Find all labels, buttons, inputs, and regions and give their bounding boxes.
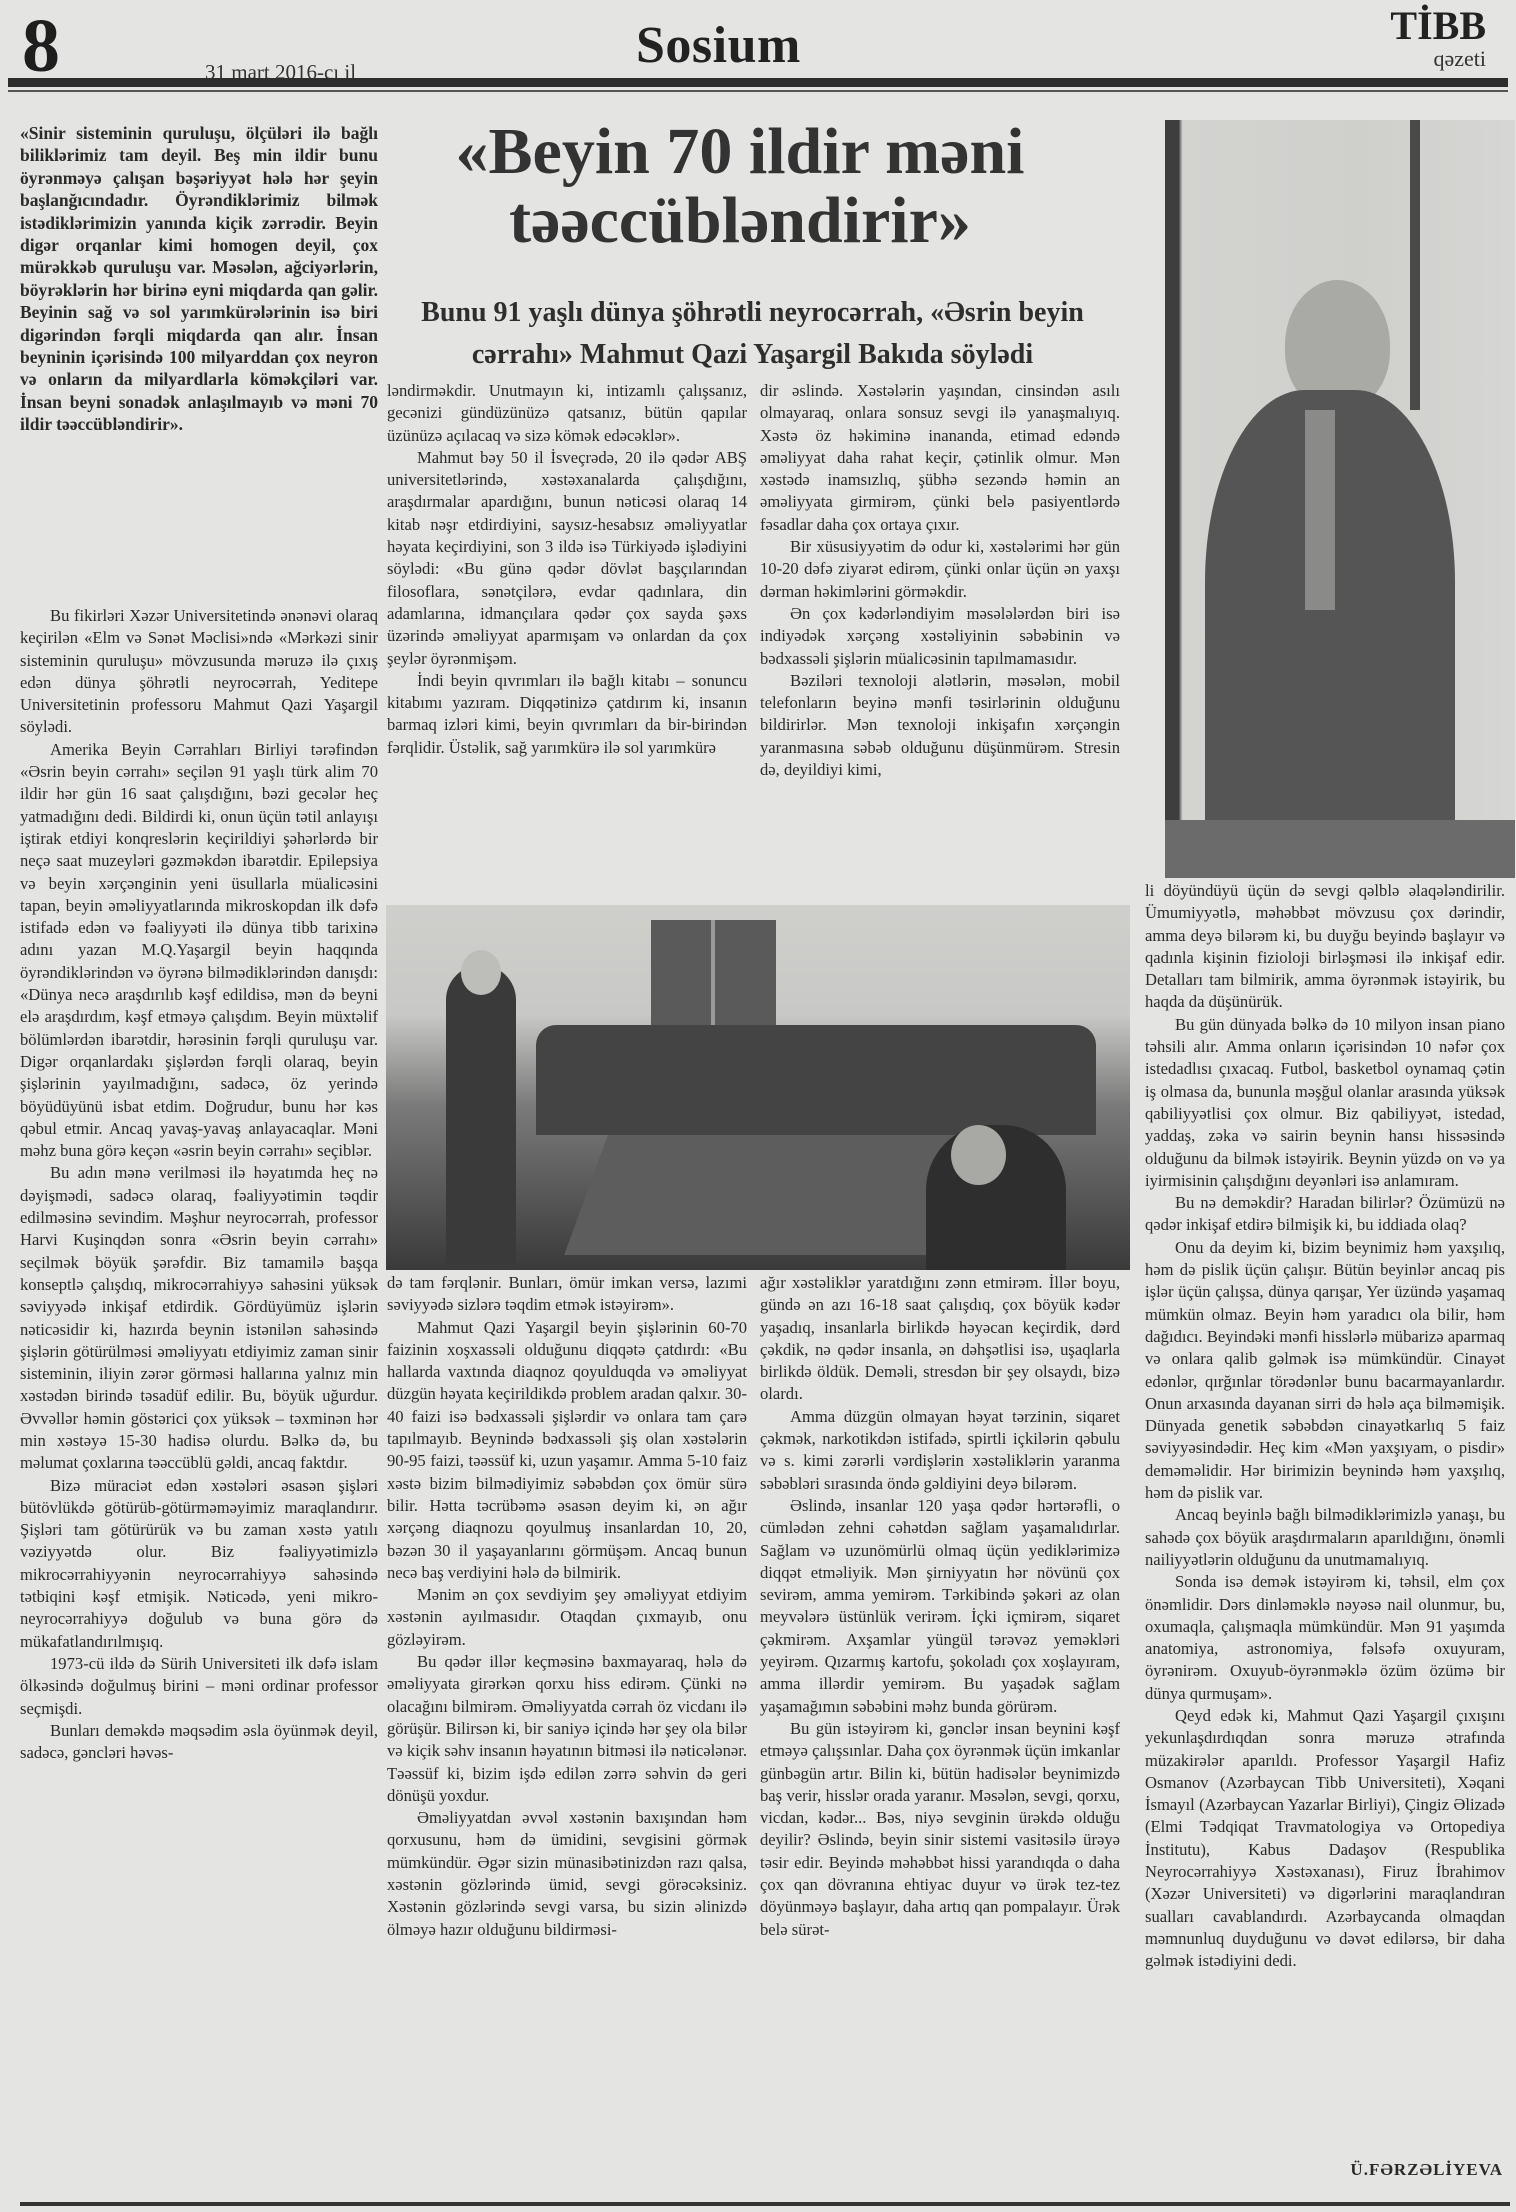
- paragraph: Bu fikirləri Xəzər Universitetində ənənə…: [20, 605, 378, 739]
- conference-audience-photo: [386, 905, 1130, 1270]
- paragraph: Bu nə deməkdir? Haradan bilirlər? Özümüz…: [1145, 1192, 1505, 1237]
- paragraph: Ancaq beyinlə bağlı bilmədiklərimizlə ya…: [1145, 1504, 1505, 1571]
- article-column-1: Bu fikirləri Xəzər Universitetində ənənə…: [20, 605, 378, 1764]
- paragraph: Ən çox kədərləndiyim məsələlərdən biri i…: [760, 603, 1120, 670]
- paragraph: ağır xəstəliklər yaratdığını zənn etmirə…: [760, 1272, 1120, 1406]
- paragraph: li döyündüyü üçün də sevgi qəlblə əlaqəl…: [1145, 880, 1505, 1014]
- article-byline: Ü.FƏRZƏLİYEVA: [1145, 2160, 1503, 2180]
- article-column-4: li döyündüyü üçün də sevgi qəlblə əlaqəl…: [1145, 880, 1505, 1973]
- paragraph: Amma düzgün olmayan həyat tərzinin, siqa…: [760, 1406, 1120, 1495]
- paragraph: Mənim ən çox sevdiyim şey əməliyyat etdi…: [387, 1584, 747, 1651]
- speaker-portrait-photo: [1165, 120, 1515, 878]
- paragraph: Bu gün dünyada bəlkə də 10 milyon insan …: [1145, 1014, 1505, 1192]
- article-lead: «Sinir sisteminin quruluşu, ölçüləri ilə…: [20, 122, 378, 436]
- section-title: Sosium: [636, 16, 801, 75]
- paragraph: də tam fərqlənir. Bunları, ömür imkan ve…: [387, 1272, 747, 1317]
- paragraph: Əslində, insanlar 120 yaşa qədər hərtərə…: [760, 1495, 1120, 1718]
- paragraph: Mahmut bəy 50 il İsveçrədə, 20 ilə qədər…: [387, 447, 747, 670]
- article-headline: «Beyin 70 ildir məni təəccübləndirir»: [375, 118, 1105, 255]
- paragraph: Mahmut Qazi Yaşargil beyin şişlərinin 60…: [387, 1317, 747, 1585]
- article-subheadline: Bunu 91 yaşlı dünya şöhrətli neyrocərrah…: [375, 292, 1130, 376]
- paragraph: Amerika Beyin Cərrahları Birliyi tərəfin…: [20, 739, 378, 1163]
- paragraph: 1973-cü ildə də Sürih Universiteti ilk d…: [20, 1653, 378, 1720]
- footer-rule: [20, 2202, 1510, 2206]
- paragraph: Bunları deməkdə məqsədim əsla öyünmək de…: [20, 1720, 378, 1765]
- article-column-2-bottom: də tam fərqlənir. Bunları, ömür imkan ve…: [387, 1272, 747, 1941]
- paragraph: Bəziləri texnoloji alətlərin, məsələn, m…: [760, 670, 1120, 781]
- newspaper-name: TİBB qəzeti: [1390, 6, 1486, 70]
- paragraph: Bu gün istəyirəm ki, gənclər insan beyni…: [760, 1718, 1120, 1941]
- paragraph: Qeyd edək ki, Mahmut Qazi Yaşargil çıxış…: [1145, 1705, 1505, 1973]
- paragraph: Bir xüsusiyyətim də odur ki, xəstələrimi…: [760, 536, 1120, 603]
- paragraph: dir əslində. Xəstələrin yaşından, cinsin…: [760, 380, 1120, 536]
- paragraph: Sonda isə demək istəyirəm ki, təhsil, el…: [1145, 1571, 1505, 1705]
- paragraph: ləndirməkdir. Unutmayın ki, intizamlı ça…: [387, 380, 747, 447]
- page-number: 8: [22, 8, 60, 84]
- paragraph: Onu da deyim ki, bizim beynimiz həm yaxş…: [1145, 1237, 1505, 1505]
- article-column-3-top: dir əslində. Xəstələrin yaşından, cinsin…: [760, 380, 1120, 781]
- masthead-rule: [8, 78, 1508, 87]
- paragraph: Bu adın mənə verilməsi ilə həyatımda heç…: [20, 1162, 378, 1474]
- paragraph: İndi beyin qıvrımları ilə bağlı kitabı –…: [387, 670, 747, 759]
- masthead-rule-thin: [8, 90, 1508, 92]
- paragraph: Bizə müraciət edən xəstələri əsasən şişl…: [20, 1475, 378, 1653]
- article-column-2-top: ləndirməkdir. Unutmayın ki, intizamlı ça…: [387, 380, 747, 759]
- newspaper-name-sub: qəzeti: [1390, 48, 1486, 70]
- article-column-3-bottom: ağır xəstəliklər yaratdığını zənn etmirə…: [760, 1272, 1120, 1941]
- lead-paragraph: «Sinir sisteminin quruluşu, ölçüləri ilə…: [20, 122, 378, 436]
- paragraph: Əməliyyatdan əvvəl xəstənin baxışından h…: [387, 1807, 747, 1941]
- paragraph: Bu qədər illər keçməsinə baxmayaraq, həl…: [387, 1651, 747, 1807]
- newspaper-name-main: TİBB: [1390, 6, 1486, 46]
